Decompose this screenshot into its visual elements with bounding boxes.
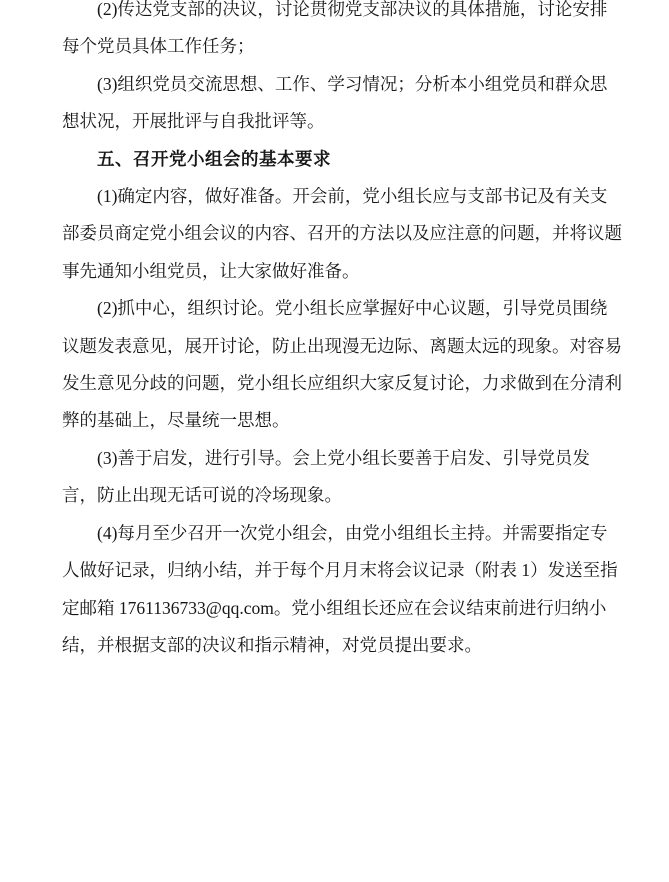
text-line: (2)传达党支部的决议，讨论贯彻党支部决议的具体措施，讨论安排 <box>62 0 613 28</box>
text-line: 事先通知小组党员，让大家做好准备。 <box>62 253 613 290</box>
document-page: (2)传达党支部的决议，讨论贯彻党支部决议的具体措施，讨论安排 每个党员具体工作… <box>0 0 669 882</box>
text-line: 议题发表意见，展开讨论，防止出现漫无边际、离题太远的现象。对容易 <box>62 328 613 365</box>
text-line: 弊的基础上，尽量统一思想。 <box>62 402 613 439</box>
text-line-with-email: 定邮箱 1761136733@qq.com。党小组组长还应在会议结束前进行归纳小 <box>62 590 613 627</box>
text-line: 想状况，开展批评与自我批评等。 <box>62 103 613 140</box>
paragraph-transmit-branch-decisions: (2)传达党支部的决议，讨论贯彻党支部决议的具体措施，讨论安排 每个党员具体工作… <box>62 0 613 66</box>
paragraph-inspire-guide: (3)善于启发，进行引导。会上党小组长要善于启发、引导党员发 言，防止出现无话可… <box>62 440 613 515</box>
paragraph-prepare-content: (1)确定内容，做好准备。开会前，党小组长应与支部书记及有关支 部委员商定党小组… <box>62 178 613 290</box>
paragraph-organize-exchange: (3)组织党员交流思想、工作、学习情况；分析本小组党员和群众思 想状况，开展批评… <box>62 66 613 141</box>
text-line: 结，并根据支部的决议和指示精神，对党员提出要求。 <box>62 627 613 664</box>
text-line: 人做好记录，归纳小结，并于每个月月末将会议记录（附表 1）发送至指 <box>62 552 613 589</box>
text-line: (4)每月至少召开一次党小组会，由党小组组长主持。并需要指定专 <box>62 515 613 552</box>
text-line: (3)组织党员交流思想、工作、学习情况；分析本小组党员和群众思 <box>62 66 613 103</box>
paragraph-monthly-meeting: (4)每月至少召开一次党小组会，由党小组组长主持。并需要指定专 人做好记录，归纳… <box>62 515 613 665</box>
text-line: 言，防止出现无话可说的冷场现象。 <box>62 477 613 514</box>
text-line: (1)确定内容，做好准备。开会前，党小组长应与支部书记及有关支 <box>62 178 613 215</box>
text-line: (2)抓中心，组织讨论。党小组长应掌握好中心议题，引导党员围绕 <box>62 290 613 327</box>
text-line: 每个党员具体工作任务； <box>62 28 613 65</box>
section-heading-text: 五、召开党小组会的基本要求 <box>62 141 613 178</box>
text-line: 发生意见分歧的问题，党小组长应组织大家反复讨论，力求做到在分清利 <box>62 365 613 402</box>
section-heading: 五、召开党小组会的基本要求 <box>62 141 613 178</box>
paragraph-grasp-center: (2)抓中心，组织讨论。党小组长应掌握好中心议题，引导党员围绕 议题发表意见，展… <box>62 290 613 440</box>
text-line: 部委员商定党小组会议的内容、召开的方法以及应注意的问题，并将议题 <box>62 215 613 252</box>
text-line: (3)善于启发，进行引导。会上党小组长要善于启发、引导党员发 <box>62 440 613 477</box>
document-content: (2)传达党支部的决议，讨论贯彻党支部决议的具体措施，讨论安排 每个党员具体工作… <box>0 0 669 664</box>
